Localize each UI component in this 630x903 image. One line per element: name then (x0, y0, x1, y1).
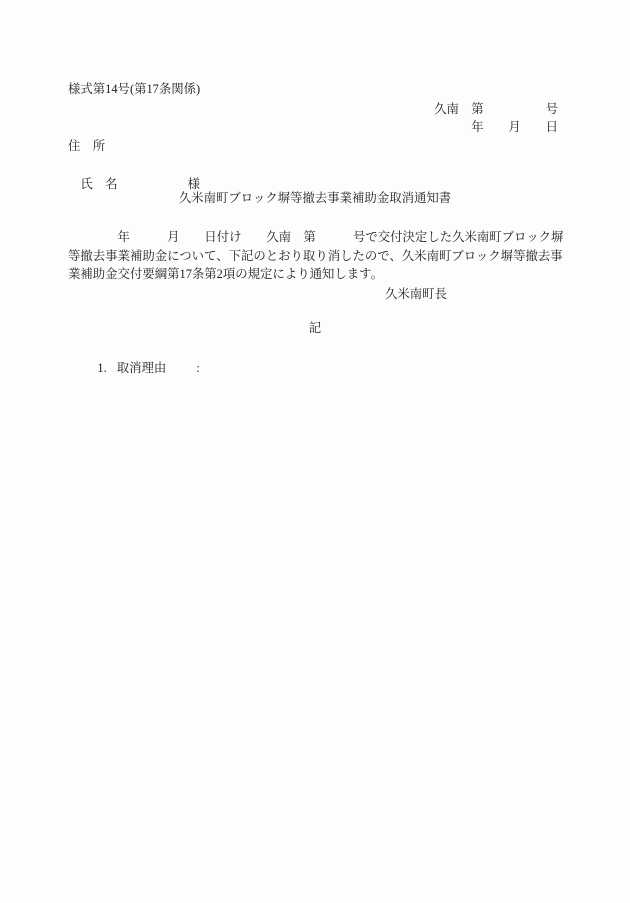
item-1-number: 1. (97, 361, 106, 375)
record-heading: 記 (0, 319, 630, 337)
address-label: 住 所 (68, 137, 105, 155)
signature-line: 久米南町長 (385, 285, 447, 303)
doc-number-line: 久南 第 号 (434, 100, 558, 118)
form-number: 様式第14号(第17条関係) (68, 80, 200, 98)
item-1-label: 取消理由 (117, 361, 167, 375)
date-line: 年 月 日 (471, 118, 558, 136)
item-1-separator: : (196, 361, 199, 375)
document-page: 様式第14号(第17条関係) 久南 第 号 年 月 日 住 所 氏 名様 久米南… (0, 0, 630, 903)
body-paragraph: 年 月 日付け 久南 第 号で交付決定した久米南町ブロック塀 等撤去事業補助金に… (68, 228, 568, 284)
document-title: 久米南町ブロック塀等撤去事業補助金取消通知書 (0, 189, 630, 207)
item-1: 1.取消理由: (85, 341, 200, 395)
